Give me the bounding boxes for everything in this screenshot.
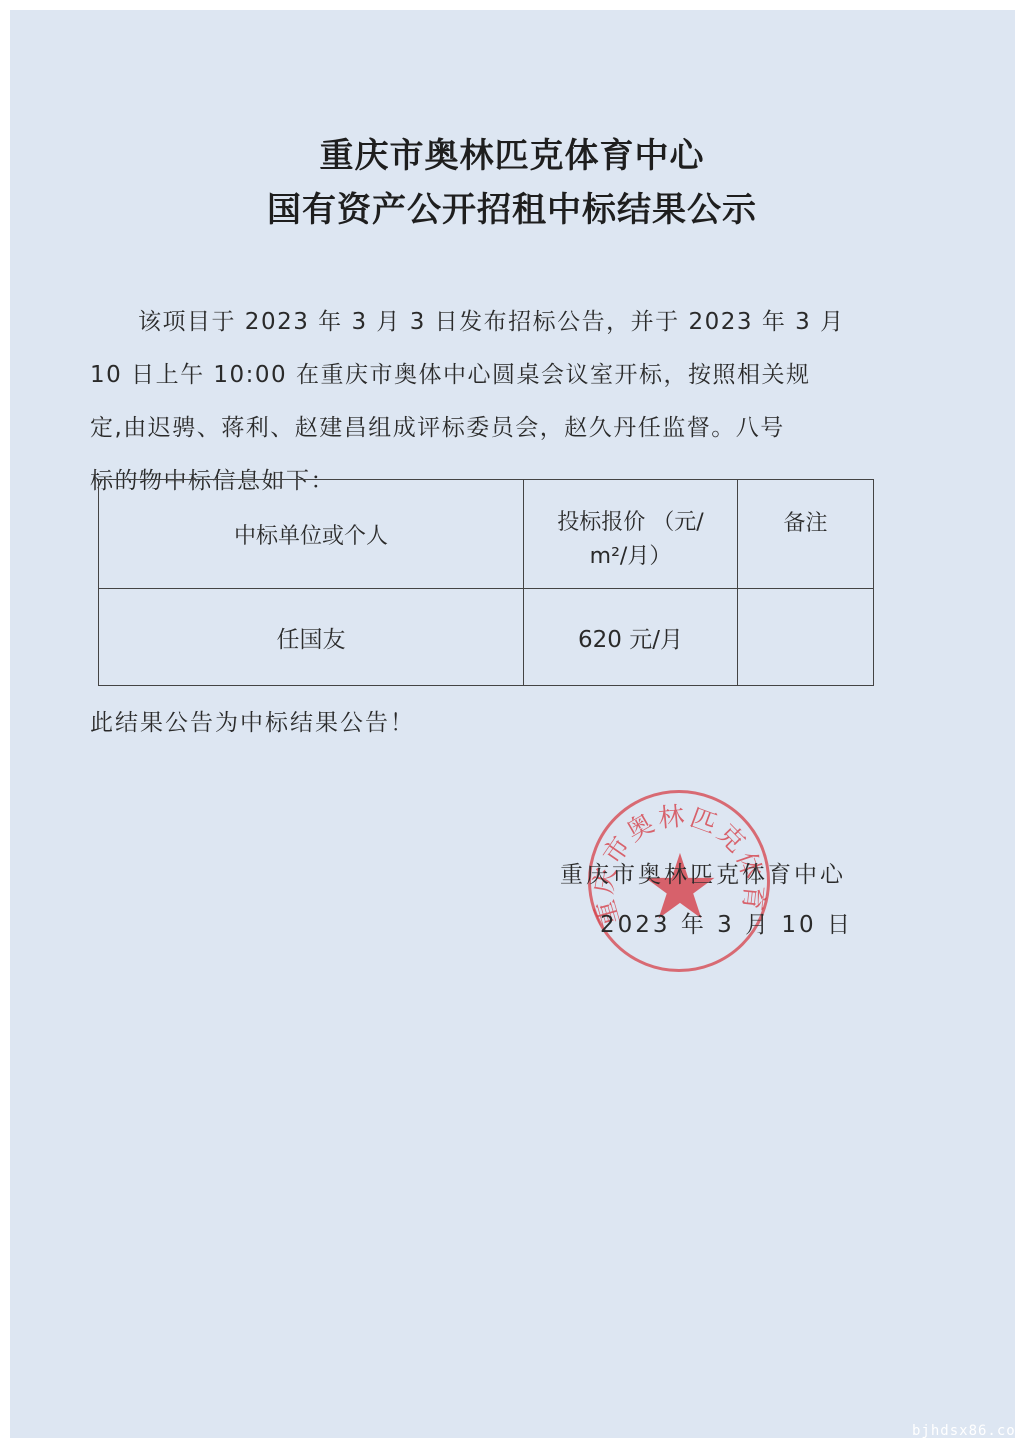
signature-organization: 重庆市奥林匹克体育中心: [560, 856, 860, 889]
body-line-3: 定,由迟骋、蒋利、赵建昌组成评标委员会，赵久丹任监督。八号: [90, 402, 880, 455]
document-title-line2: 国有资产公开招租中标结果公示: [0, 182, 1024, 231]
header-price-line2: m²/月）: [590, 544, 672, 569]
award-result-table: 中标单位或个人 投标报价 （元/ m²/月） 备注 任国友 620 元/月: [98, 479, 874, 686]
header-remark: 备注: [738, 480, 874, 589]
document-title-line1: 重庆市奥林匹克体育中心: [0, 128, 1024, 177]
header-price: 投标报价 （元/ m²/月）: [524, 480, 738, 589]
signature-date: 2023 年 3 月 10 日: [600, 906, 900, 939]
table-row: 任国友 620 元/月: [99, 589, 874, 686]
header-price-line1: 投标报价 （元/: [557, 510, 703, 535]
header-winner: 中标单位或个人: [99, 480, 524, 589]
body-paragraph: 该项目于 2023 年 3 月 3 日发布招标公告，并于 2023 年 3 月 …: [90, 296, 880, 508]
table-header-row: 中标单位或个人 投标报价 （元/ m²/月） 备注: [99, 480, 874, 589]
cell-price: 620 元/月: [524, 589, 738, 686]
watermark-text: bjhdsx86.co: [912, 1423, 1016, 1439]
cell-remark: [738, 589, 874, 686]
body-line-2: 10 日上午 10:00 在重庆市奥体中心圆桌会议室开标，按照相关规: [90, 349, 880, 402]
closing-note: 此结果公告为中标结果公告！: [90, 704, 415, 737]
cell-winner: 任国友: [99, 589, 524, 686]
body-line-1: 该项目于 2023 年 3 月 3 日发布招标公告，并于 2023 年 3 月: [90, 296, 880, 349]
